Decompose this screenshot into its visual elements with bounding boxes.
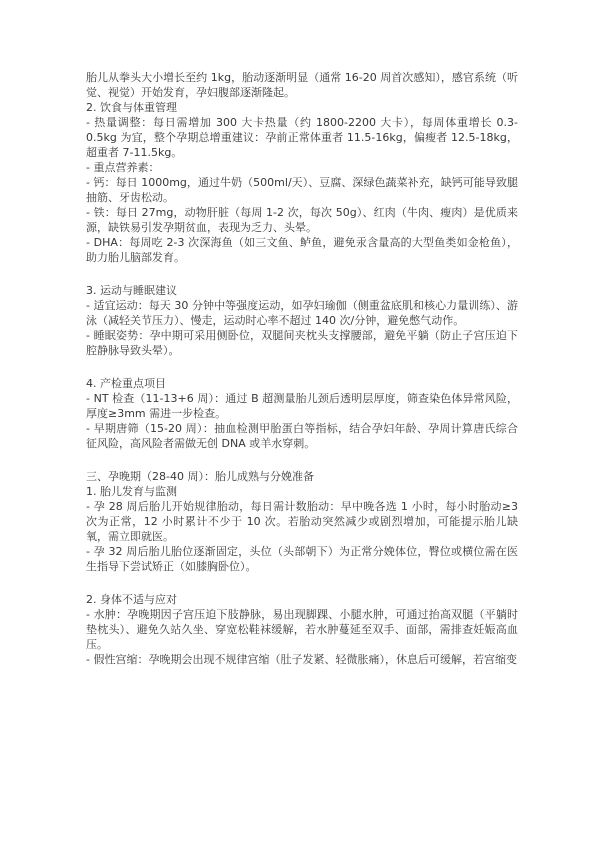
- diet-nutrition-list: - 热量调整：每日需增加 300 大卡热量（约 1800-2200 大卡），每周…: [86, 115, 518, 265]
- list-item-nt-scan: - NT 检查（11-13+6 周）：通过 B 超测量胎儿颈后透明层厚度，筛查染…: [86, 391, 518, 421]
- list-item-fetal-movement-count: - 孕 28 周后胎儿开始规律胎动，每日需计数胎动：早中晚各选 1 小时，每小时…: [86, 499, 518, 544]
- body-discomfort-list: - 水肿：孕晚期因子宫压迫下肢静脉，易出现脚踝、小腿水肿，可通过抬高双腿（平躺时…: [86, 607, 518, 667]
- document-page: 胎儿从拳头大小增长至约 1kg，胎动逐渐明显（通常 16-20 周首次感知），感…: [0, 0, 595, 841]
- list-item-braxton-hicks: - 假性宫缩：孕晚期会出现不规律宫缩（肚子发紧、轻微胀痛），休息后可缓解，若宫缩…: [86, 652, 518, 667]
- list-item-calcium: - 钙：每日 1000mg，通过牛奶（500ml/天）、豆腐、深绿色蔬菜补充，缺…: [86, 175, 518, 205]
- list-item-iron: - 铁：每日 27mg，动物肝脏（每周 1-2 次，每次 50g）、红肉（牛肉、…: [86, 205, 518, 235]
- list-item-key-nutrients: - 重点营养素：: [86, 160, 518, 175]
- heading-diet-weight-management: 2. 饮食与体重管理: [86, 100, 518, 115]
- exercise-sleep-list: - 适宜运动：每天 30 分钟中等强度运动，如孕妇瑜伽（侧重盆底肌和核心力量训练…: [86, 298, 518, 358]
- heading-exercise-sleep: 3. 运动与睡眠建议: [86, 283, 518, 298]
- list-item-dha: - DHA：每周吃 2-3 次深海鱼（如三文鱼、鲈鱼，避免汞含量高的大型鱼类如金…: [86, 235, 518, 265]
- prenatal-checkup-list: - NT 检查（11-13+6 周）：通过 B 超测量胎儿颈后透明层厚度，筛查染…: [86, 391, 518, 451]
- heading-body-discomfort: 2. 身体不适与应对: [86, 592, 518, 607]
- paragraph-fetal-growth: 胎儿从拳头大小增长至约 1kg，胎动逐渐明显（通常 16-20 周首次感知），感…: [86, 70, 518, 100]
- list-item-suitable-exercise: - 适宜运动：每天 30 分钟中等强度运动，如孕妇瑜伽（侧重盆底肌和核心力量训练…: [86, 298, 518, 328]
- list-item-down-screening: - 早期唐筛（15-20 周）：抽血检测甲胎蛋白等指标，结合孕妇年龄、孕周计算唐…: [86, 421, 518, 451]
- heading-third-trimester: 三、孕晚期（28-40 周）：胎儿成熟与分娩准备: [86, 469, 518, 484]
- list-item-calorie-adjustment: - 热量调整：每日需增加 300 大卡热量（约 1800-2200 大卡），每周…: [86, 115, 518, 160]
- list-item-fetal-position: - 孕 32 周后胎儿胎位逐渐固定，头位（头部朝下）为正常分娩体位，臀位或横位需…: [86, 544, 518, 574]
- heading-prenatal-checkup: 4. 产检重点项目: [86, 376, 518, 391]
- list-item-edema: - 水肿：孕晚期因子宫压迫下肢静脉，易出现脚踝、小腿水肿，可通过抬高双腿（平躺时…: [86, 607, 518, 652]
- heading-fetal-development-monitoring: 1. 胎儿发育与监测: [86, 484, 518, 499]
- list-item-sleep-position: - 睡眠姿势：孕中期可采用侧卧位，双腿间夹枕头支撑腰部，避免平躺（防止子宫压迫下…: [86, 328, 518, 358]
- fetal-monitoring-list: - 孕 28 周后胎儿开始规律胎动，每日需计数胎动：早中晚各选 1 小时，每小时…: [86, 499, 518, 574]
